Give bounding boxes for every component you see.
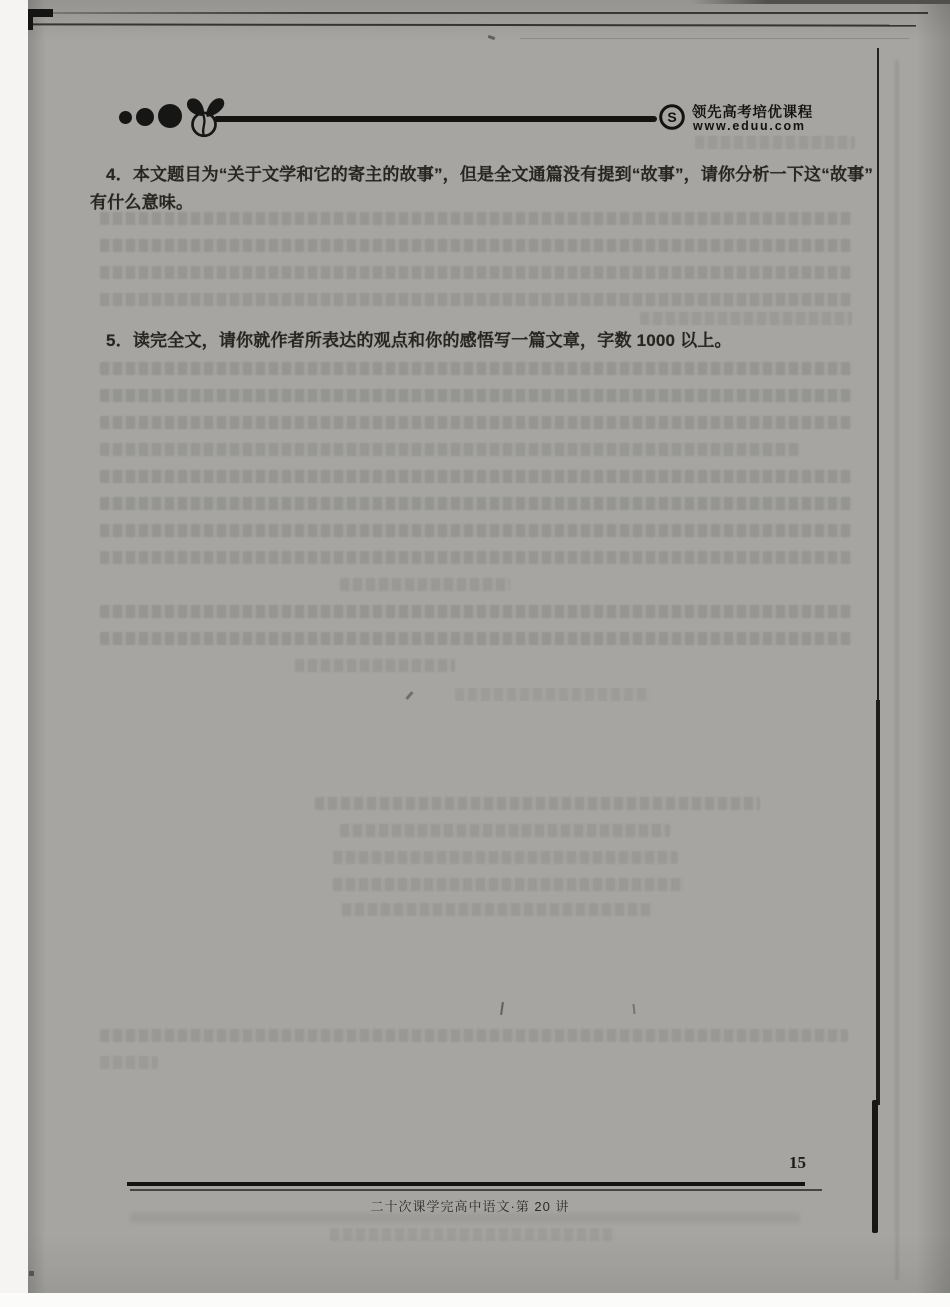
scan-edge-artifact — [690, 0, 950, 4]
bleedthrough-line — [100, 632, 852, 645]
scan-speck — [29, 1271, 34, 1276]
bleedthrough-line — [100, 497, 852, 510]
header-divider-rule — [214, 116, 657, 122]
top-rule-faint — [520, 38, 910, 39]
bleedthrough-line — [100, 443, 800, 456]
bleedthrough-line — [100, 362, 852, 375]
page-number: 15 — [789, 1153, 806, 1173]
bleedthrough-line — [100, 1056, 158, 1069]
scanned-page: S 领先高考培优课程 www.eduu.com 4．本文题目为“关于文学和它的寄… — [0, 0, 950, 1307]
bleedthrough-line — [100, 389, 852, 402]
ornament-dot-icon — [158, 104, 182, 128]
footer-rule-thin — [130, 1189, 822, 1191]
footer-rule-thick — [127, 1182, 805, 1186]
top-rule-1 — [36, 12, 928, 14]
eduu-logo-icon: S — [658, 103, 686, 131]
bleedthrough-line — [295, 659, 455, 672]
bleedthrough-line — [340, 578, 510, 591]
bleedthrough-line — [100, 524, 852, 537]
bleedthrough-line — [340, 824, 670, 837]
page-edge-shadow — [895, 60, 899, 1280]
bleedthrough-line — [315, 797, 760, 810]
bleedthrough-line — [330, 1228, 615, 1241]
right-scan-line — [877, 48, 879, 703]
question-5-line-1: 5．读完全文，请你就作者所表达的观点和你的感悟写一篇文章，字数 1000 以上。 — [106, 326, 732, 351]
ornament-dot-icon — [136, 108, 154, 126]
scanner-margin-bottom — [0, 1293, 950, 1307]
question-4-line-1: 4．本文题目为“关于文学和它的寄主的故事”，但是全文通篇没有提到“故事”，请你分… — [106, 160, 873, 185]
bleedthrough-line — [100, 551, 852, 564]
bleedthrough-line — [455, 688, 650, 701]
right-scan-line — [876, 700, 880, 1105]
bleedthrough-line — [640, 312, 852, 325]
footer-course-label: 二十次课学完高中语文·第 20 讲 — [300, 1196, 640, 1215]
scanner-margin-left — [0, 0, 28, 1307]
bleedthrough-line — [100, 266, 852, 279]
bleedthrough-line — [100, 239, 852, 252]
bleedthrough-line — [100, 293, 852, 306]
bleedthrough-line — [695, 136, 855, 149]
ornament-dot-icon — [119, 111, 132, 124]
bleedthrough-line — [100, 1029, 848, 1042]
bleedthrough-line — [100, 416, 852, 429]
bleedthrough-line — [100, 212, 852, 225]
bleedthrough-line — [333, 851, 678, 864]
bleedthrough-line — [342, 903, 652, 916]
corner-bracket-mark — [28, 9, 33, 30]
bleedthrough-line — [100, 470, 852, 483]
bleedthrough-line — [333, 878, 683, 891]
bleedthrough-line — [100, 605, 852, 618]
question-4-line-2: 有什么意味。 — [90, 188, 193, 213]
brand-url: www.eduu.com — [693, 119, 806, 133]
svg-text:S: S — [667, 109, 676, 125]
right-scan-line — [872, 1100, 878, 1233]
